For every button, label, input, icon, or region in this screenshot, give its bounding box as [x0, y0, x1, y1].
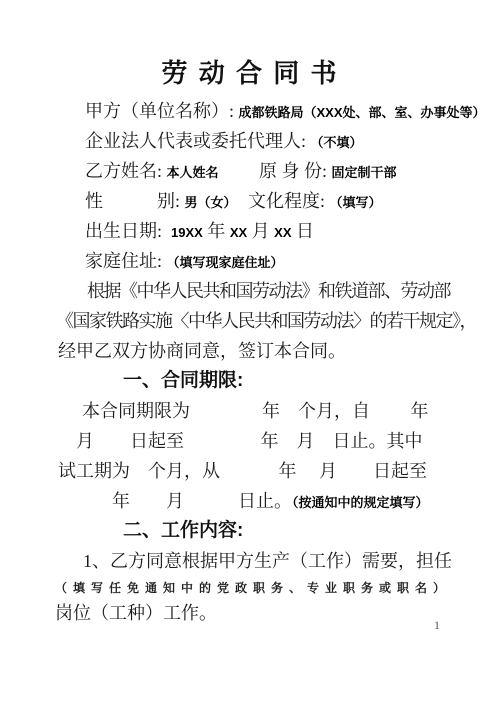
contract-page: 劳 动 合 同 书 甲方（单位名称）: 成都铁路局（XXX处、部、室、办事处等）…	[0, 0, 500, 706]
text-line: 1、乙方同意根据甲方生产（工作）需要，担任	[0, 546, 500, 576]
text-segment: 月	[247, 221, 274, 241]
fill-in-value: 成都铁路局（XXX处、部、室、办事处等）	[239, 105, 486, 120]
text-line: 乙方姓名: 本人姓名 原 身 份: 固定制干部	[0, 156, 500, 186]
text-segment: （填写任免通知中的党政职务、专业职务或职名）	[55, 581, 451, 595]
page-number: 1	[434, 618, 440, 633]
text-line: 试工期为 个月，从 年 月 日起至	[0, 456, 500, 486]
text-segment	[230, 191, 248, 211]
text-segment: 一、合同期限:	[123, 370, 243, 391]
text-line: 企业法人代表或委托代理人: （不填）	[0, 126, 500, 156]
text-segment: 原 身 份:	[259, 161, 332, 181]
text-segment: 1、乙方同意根据甲方生产（工作）需要，担任	[83, 551, 452, 571]
fill-in-value: （填写现家庭住址）	[167, 255, 284, 270]
text-segment	[219, 161, 260, 181]
text-segment: 年	[203, 221, 230, 241]
text-line: 出生日期: 19XX 年 XX 月 XX 日	[0, 216, 500, 246]
fill-in-value: （不填）	[311, 135, 363, 150]
fill-in-value: 男（女）	[185, 195, 231, 210]
text-segment: 企业法人代表或委托代理人:	[85, 131, 311, 151]
text-line: （填写任免通知中的党政职务、专业职务或职名）	[0, 576, 500, 600]
fill-in-value: 本人姓名	[167, 165, 219, 180]
fill-in-value: 固定制干部	[332, 165, 397, 180]
text-line: 家庭住址: （填写现家庭住址）	[0, 246, 500, 276]
text-line: 性 别: 男（女） 文化程度: （填写）	[0, 186, 500, 216]
text-segment: 出生日期:	[85, 221, 171, 241]
text-segment: 经甲乙双方协商同意，签订本合同。	[58, 341, 346, 361]
text-segment: 二、工作内容:	[123, 520, 243, 541]
fill-in-value: 19XX	[171, 225, 203, 240]
text-line: 年 月 日止。（按通知中的规定填写）	[0, 486, 500, 516]
text-segment: 甲方（单位名称）:	[85, 101, 239, 121]
text-line: 月 日起至 年 月 日止。其中	[0, 426, 500, 456]
text-segment: 乙方姓名:	[85, 161, 167, 181]
text-segment: 日	[292, 221, 315, 241]
text-segment: 本合同期限为 年 个月，自 年	[82, 401, 429, 421]
text-line: 二、工作内容:	[0, 516, 500, 546]
fill-in-value: XX	[230, 225, 247, 240]
fill-in-value: （填写）	[330, 195, 382, 210]
text-segment: 性 别:	[85, 191, 185, 211]
text-segment: 试工期为 个月，从 年 月 日起至	[58, 461, 427, 481]
document-title: 劳 动 合 同 书	[0, 0, 500, 88]
text-segment: 岗位（工种）工作。	[55, 603, 217, 623]
text-line: 《国家铁路实施〈中华人民共和国劳动法〉的若干规定》，	[0, 306, 500, 336]
text-line: 根据《中华人民共和国劳动法》和铁道部、劳动部	[0, 276, 500, 306]
text-line: 本合同期限为 年 个月，自 年	[0, 396, 500, 426]
text-line: 岗位（工种）工作。	[0, 600, 500, 626]
document-body: 甲方（单位名称）: 成都铁路局（XXX处、部、室、办事处等）企业法人代表或委托代…	[0, 96, 500, 626]
text-line: 经甲乙双方协商同意，签订本合同。	[0, 336, 500, 366]
text-segment: 《国家铁路实施〈中华人民共和国劳动法〉的若干规定》，	[56, 311, 476, 331]
text-line: 甲方（单位名称）: 成都铁路局（XXX处、部、室、办事处等）	[0, 96, 500, 126]
text-segment: 月 日起至 年 月 日止。其中	[58, 431, 423, 451]
text-segment: 根据《中华人民共和国劳动法》和铁道部、劳动部	[87, 281, 450, 301]
text-segment: 家庭住址:	[85, 251, 167, 271]
text-line: 一、合同期限:	[0, 366, 500, 396]
fill-in-value: （按通知中的规定填写）	[292, 495, 429, 510]
fill-in-value: XX	[274, 225, 291, 240]
text-segment: 年 月 日止。	[58, 491, 292, 511]
text-segment: 文化程度:	[248, 191, 330, 211]
